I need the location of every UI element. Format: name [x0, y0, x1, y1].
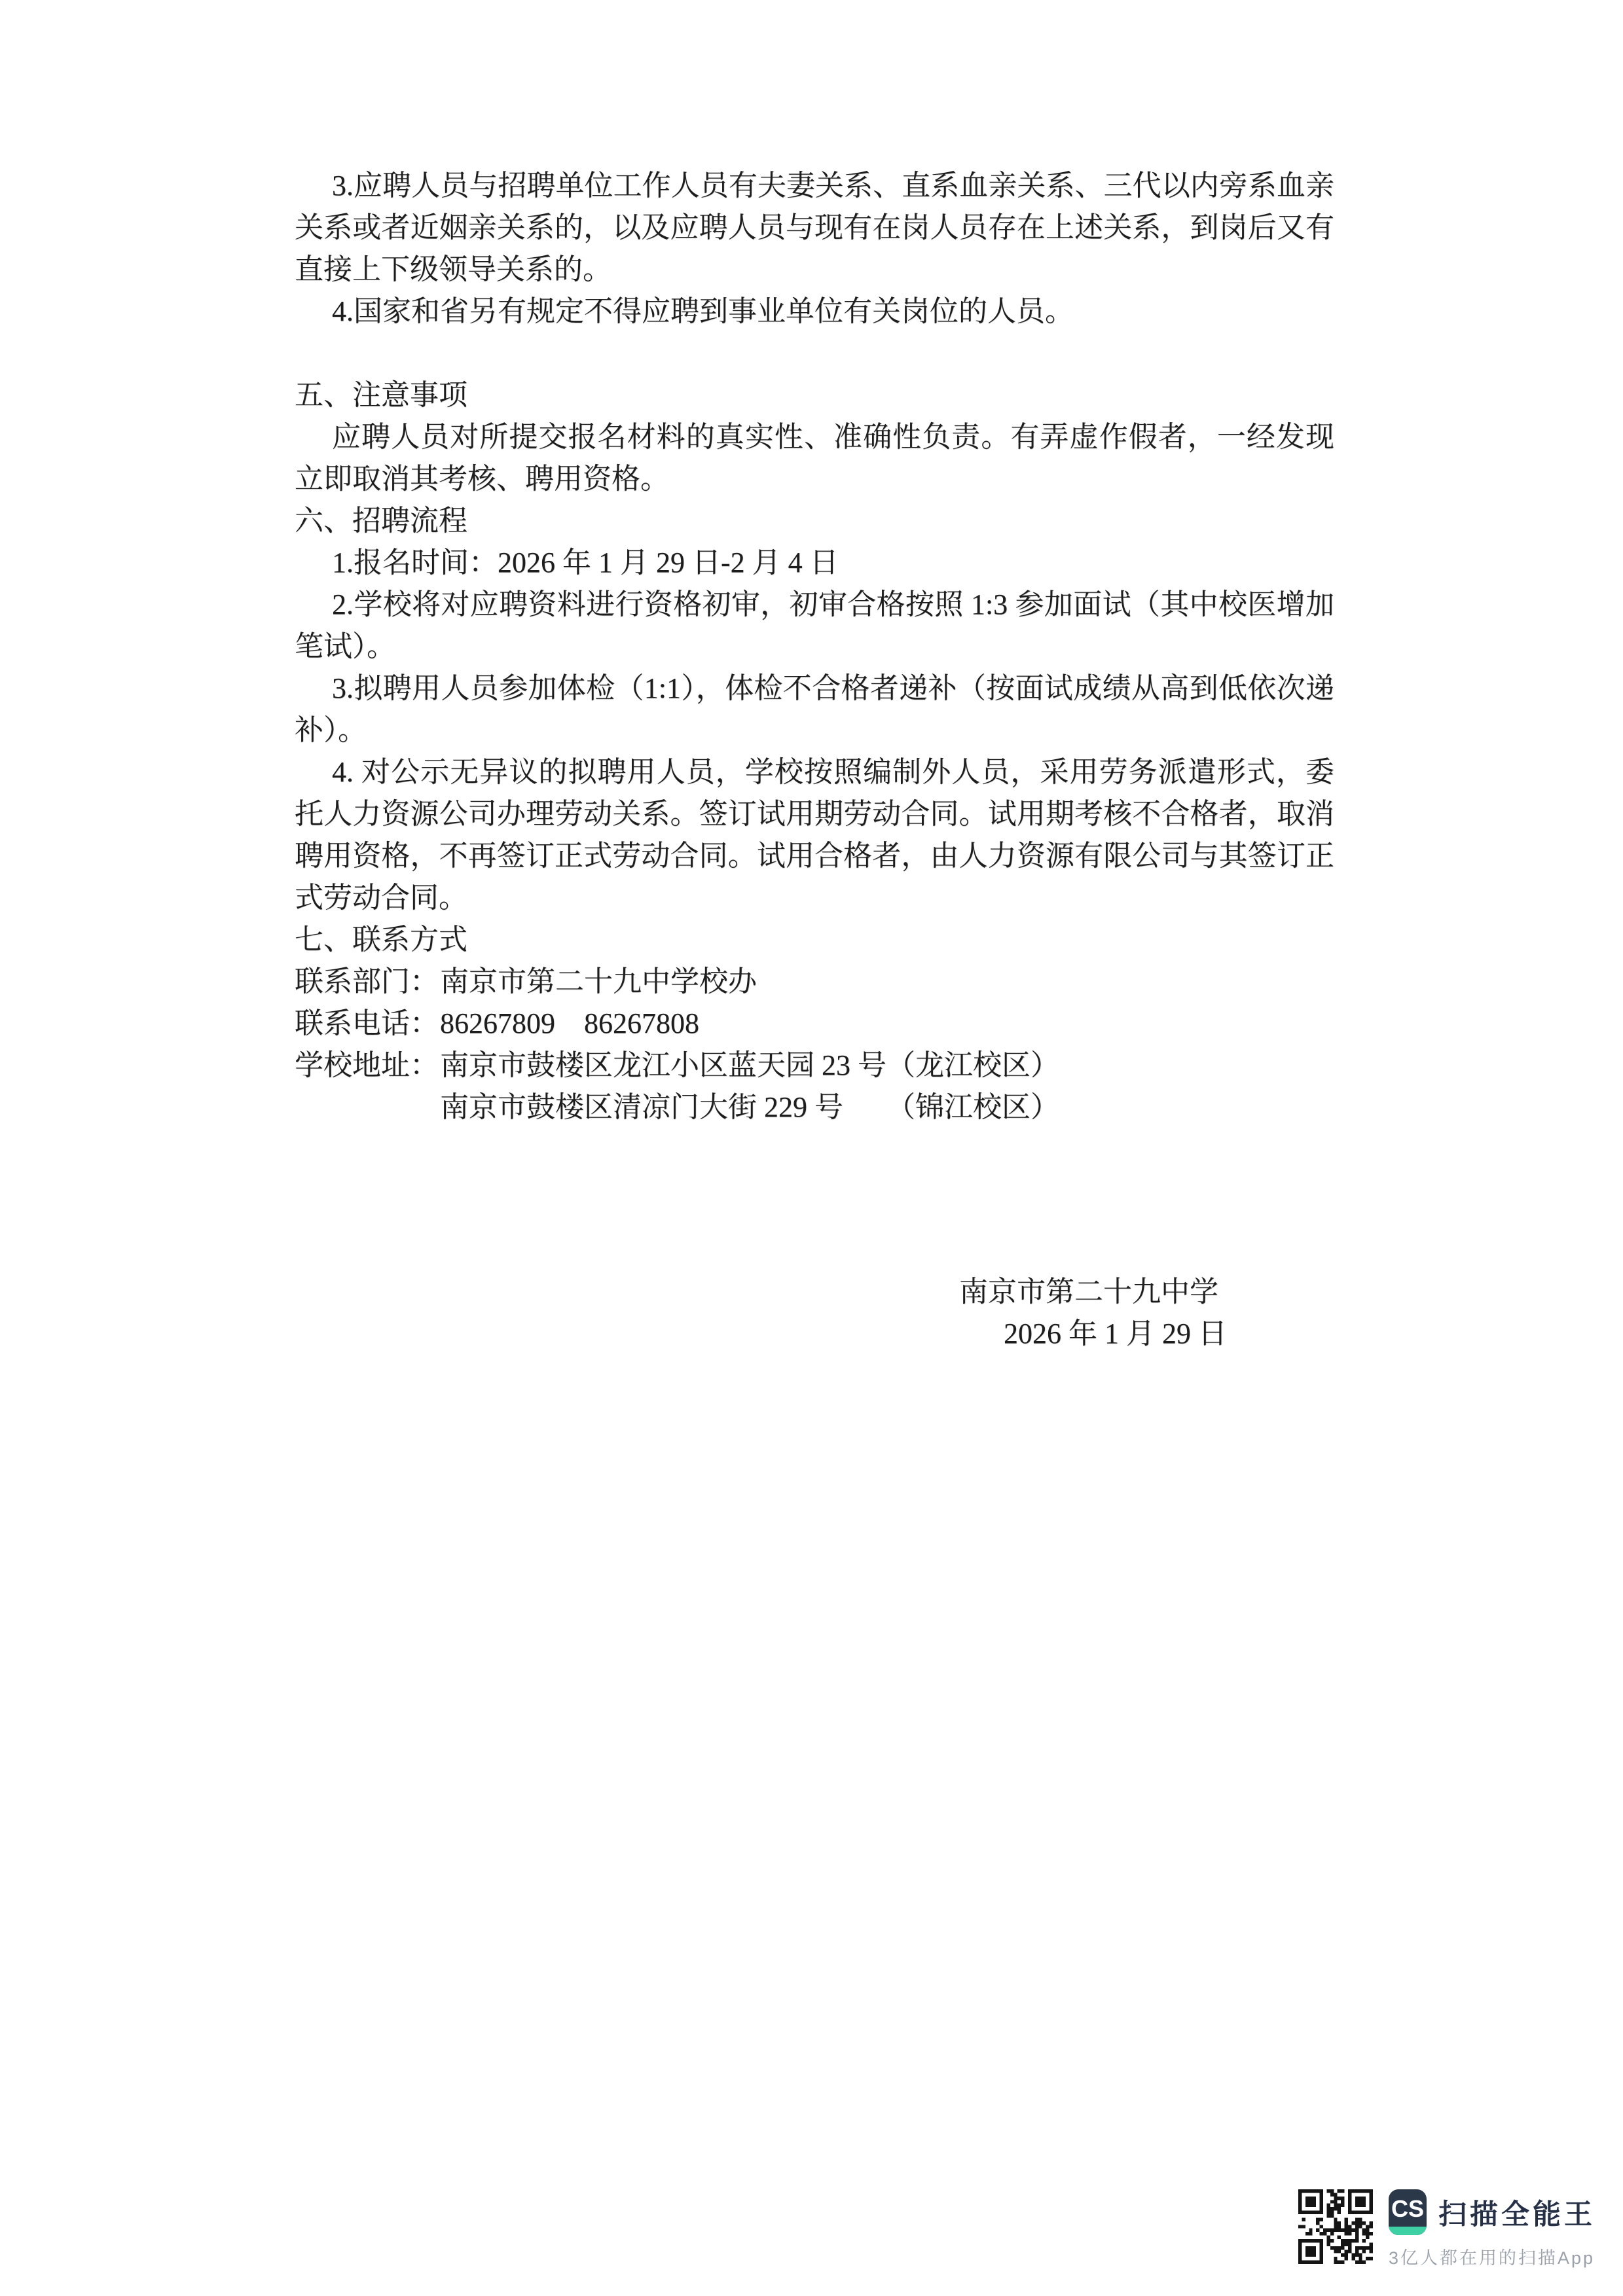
document-body: 3.应聘人员与招聘单位工作人员有夫妻关系、直系血亲关系、三代以内旁系血亲关系或者… — [295, 165, 1334, 1355]
recruit-step-3: 3.拟聘用人员参加体检（1:1），体检不合格者递补（按面试成绩从高到低依次递补）… — [295, 668, 1334, 751]
contact-phone-label: 联系电话： — [295, 1003, 440, 1045]
section-7-heading: 七、联系方式 — [295, 919, 1334, 961]
signature-date: 2026 年 1 月 29 日 — [959, 1313, 1334, 1355]
contact-phone-value: 86267809 86267808 — [440, 1007, 699, 1039]
cs-logo-text: CS — [1391, 2195, 1424, 2223]
contact-address-label: 学校地址： — [295, 1045, 440, 1086]
brand-row: CS 扫描全能王 — [1389, 2189, 1596, 2235]
contact-phone-row: 联系电话：86267809 86267808 — [295, 1003, 1334, 1045]
section-6-heading: 六、招聘流程 — [295, 500, 1334, 542]
camscanner-brand: CS 扫描全能王 3亿人都在用的扫描App — [1389, 2189, 1596, 2269]
camscanner-watermark: CS 扫描全能王 3亿人都在用的扫描App — [1298, 2189, 1596, 2269]
contact-department-value: 南京市第二十九中学校办 — [440, 965, 757, 997]
scanned-document-page: 3.应聘人员与招聘单位工作人员有夫妻关系、直系血亲关系、三代以内旁系血亲关系或者… — [0, 0, 1623, 2296]
qr-code — [1298, 2189, 1373, 2264]
contact-department-row: 联系部门：南京市第二十九中学校办 — [295, 961, 1334, 1003]
section-5-body: 应聘人员对所提交报名材料的真实性、准确性负责。有弄虚作假者，一经发现立即取消其考… — [295, 416, 1334, 500]
contact-address-value-1: 南京市鼓楼区龙江小区蓝天园 23 号（龙江校区） — [440, 1049, 1059, 1081]
recruit-step-4: 4. 对公示无异议的拟聘用人员，学校按照编制外人员，采用劳务派遣形式，委托人力资… — [295, 751, 1334, 919]
contact-address-row: 学校地址：南京市鼓楼区龙江小区蓝天园 23 号（龙江校区） — [295, 1045, 1334, 1086]
camscanner-logo-icon: CS — [1389, 2189, 1427, 2235]
recruit-step-2: 2.学校将对应聘资料进行资格初审，初审合格按照 1:3 参加面试（其中校医增加笔… — [295, 584, 1334, 668]
contact-address-value-2: 南京市鼓楼区清凉门大街 229 号 （锦江校区） — [440, 1091, 1059, 1123]
signature-organization: 南京市第二十九中学 — [959, 1271, 1334, 1313]
contact-department-label: 联系部门： — [295, 961, 440, 1003]
signature-block: 南京市第二十九中学 2026 年 1 月 29 日 — [959, 1271, 1334, 1355]
app-tagline: 3亿人都在用的扫描App — [1389, 2244, 1596, 2269]
paragraph-item-3: 3.应聘人员与招聘单位工作人员有夫妻关系、直系血亲关系、三代以内旁系血亲关系或者… — [295, 165, 1334, 291]
app-name: 扫描全能王 — [1438, 2193, 1596, 2233]
recruit-step-1: 1.报名时间：2026 年 1 月 29 日-2 月 4 日 — [295, 542, 1334, 584]
paragraph-item-4: 4.国家和省另有规定不得应聘到事业单位有关岗位的人员。 — [295, 291, 1334, 332]
contact-address-row-2: 南京市鼓楼区清凉门大街 229 号 （锦江校区） — [295, 1086, 1334, 1128]
section-5-heading: 五、注意事项 — [295, 374, 1334, 416]
